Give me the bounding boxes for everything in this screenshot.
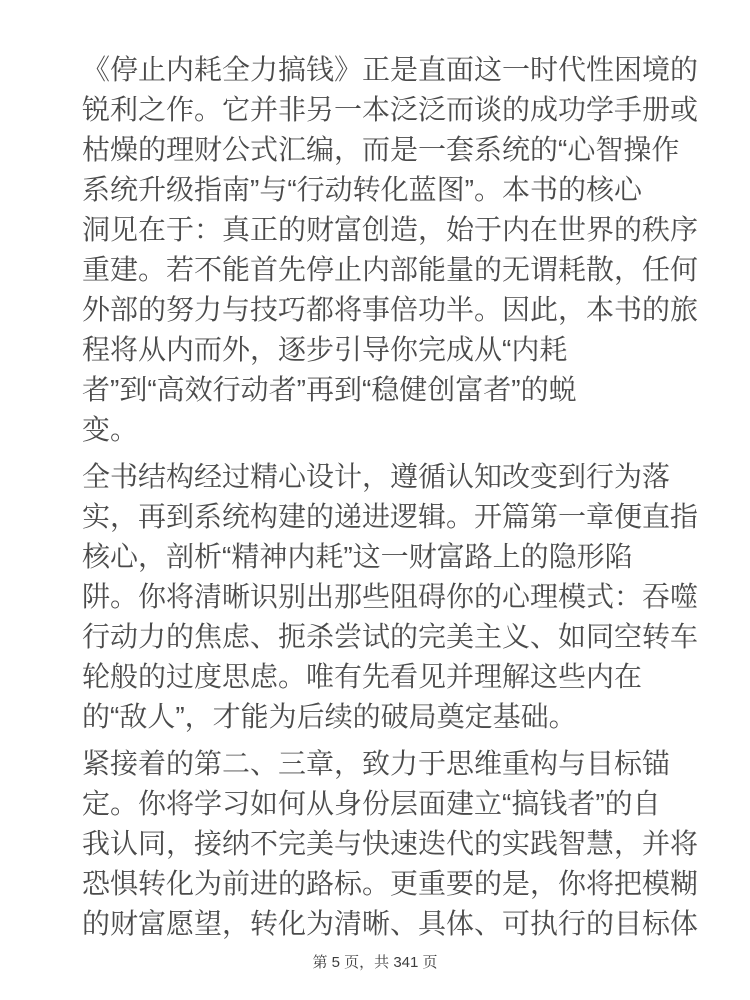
text-line: 程将从内而外，逐步引导你完成从“内耗: [82, 330, 682, 370]
paragraph-2: 全书结构经过精心设计，遵循认知改变到行为落 实，再到系统构建的递进逻辑。开篇第一…: [82, 457, 682, 737]
text-line: 变。: [82, 410, 682, 450]
text-line: 实，再到系统构建的递进逻辑。开篇第一章便直指: [82, 497, 682, 537]
document-page: 《停止内耗全力搞钱》正是直面这一时代性困境的 锐利之作。它并非另一本泛泛而谈的成…: [0, 0, 750, 1000]
text-line: 系统升级指南”与“行动转化蓝图”。本书的核心: [82, 170, 682, 210]
text-line: 枯燥的理财公式汇编，而是一套系统的“心智操作: [82, 130, 682, 170]
text-line: 《停止内耗全力搞钱》正是直面这一时代性困境的: [82, 50, 682, 90]
text-line: 锐利之作。它并非另一本泛泛而谈的成功学手册或: [82, 90, 682, 130]
paragraph-1: 《停止内耗全力搞钱》正是直面这一时代性困境的 锐利之作。它并非另一本泛泛而谈的成…: [82, 50, 682, 450]
text-line: 的财富愿望，转化为清晰、具体、可执行的目标体: [82, 904, 682, 944]
paragraph-3: 紧接着的第二、三章，致力于思维重构与目标锚 定。你将学习如何从身份层面建立“搞钱…: [82, 744, 682, 944]
text-line: 定。你将学习如何从身份层面建立“搞钱者”的自: [82, 784, 682, 824]
text-line: 重建。若不能首先停止内部能量的无谓耗散，任何: [82, 250, 682, 290]
text-line: 洞见在于：真正的财富创造，始于内在世界的秩序: [82, 210, 682, 250]
text-line: 阱。你将清晰识别出那些阻碍你的心理模式：吞噬: [82, 577, 682, 617]
text-line: 核心，剖析“精神内耗”这一财富路上的隐形陷: [82, 537, 682, 577]
text-line: 我认同，接纳不完美与快速迭代的实践智慧，并将: [82, 824, 682, 864]
text-line: 行动力的焦虑、扼杀尝试的完美主义、如同空转车: [82, 617, 682, 657]
text-line: 的“敌人”，才能为后续的破局奠定基础。: [82, 697, 682, 737]
text-line: 轮般的过度思虑。唯有先看见并理解这些内在: [82, 657, 682, 697]
document-body: 《停止内耗全力搞钱》正是直面这一时代性困境的 锐利之作。它并非另一本泛泛而谈的成…: [82, 50, 682, 951]
text-line: 者”到“高效行动者”再到“稳健创富者”的蜕: [82, 370, 682, 410]
text-line: 紧接着的第二、三章，致力于思维重构与目标锚: [82, 744, 682, 784]
text-line: 恐惧转化为前进的路标。更重要的是，你将把模糊: [82, 864, 682, 904]
page-number-footer: 第 5 页，共 341 页: [0, 954, 750, 972]
text-line: 全书结构经过精心设计，遵循认知改变到行为落: [82, 457, 682, 497]
text-line: 外部的努力与技巧都将事倍功半。因此，本书的旅: [82, 290, 682, 330]
